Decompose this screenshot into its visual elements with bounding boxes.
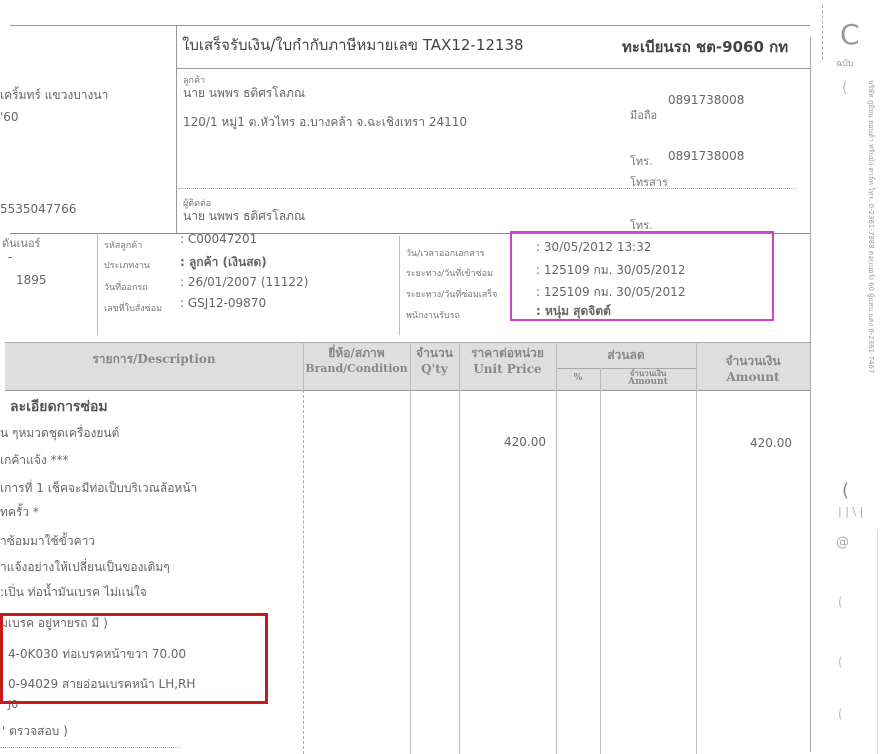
divider-left-block	[176, 25, 177, 233]
top-border	[10, 25, 810, 26]
margin-faint-line	[877, 530, 878, 754]
info-divider-1	[97, 233, 98, 335]
line-3: เการที่ 1 เช็คจะมีท่อเป็บบริเวณล้อหน้า	[0, 479, 197, 498]
info-value-delivery-date: : 26/01/2007 (11122)	[180, 275, 308, 289]
right-border	[810, 37, 811, 752]
col-line-amount	[696, 342, 697, 754]
header-unit-th: ราคาต่อหน่วย	[459, 346, 556, 360]
header-qty-th: จำนวน	[410, 346, 459, 360]
customer-address: 120/1 หมู่1 ต.หัวไทร อ.บางคล้า จ.ฉะเชิงเ…	[183, 113, 467, 132]
info-value-customer-code: : C00047201	[180, 232, 257, 246]
margin-vertical-company-text: บริษัท ภูมิยน ฮอนด้า ทรีนมัง ดาล์ท โทร. …	[866, 80, 877, 500]
document-title: ใบเสร็จรับเงิน/ใบกำกับภาษีหมายเลข TAX12-…	[182, 33, 524, 57]
highlight-box-brake-parts	[0, 613, 268, 704]
col-line-unit	[459, 342, 460, 754]
info-label-mileage-in: ระยะทาง/วันที่เข้าซ่อม	[406, 266, 493, 280]
margin-bracket-c: C	[840, 18, 860, 51]
info-label-mileage-out: ระยะทาง/วันที่ซ่อมเสร็จ	[406, 287, 497, 301]
margin-mark-6: (	[838, 655, 843, 669]
info-label-repair-order: เลขที่ใบสั่งซ่อม	[104, 301, 162, 315]
line-repair-details: ละเอียดการซ่อม	[10, 396, 108, 418]
line-5: าซ้อมมาใช้ขั้วคาว	[0, 532, 95, 551]
col-line-discount	[556, 342, 557, 754]
header-amount-en: Amount	[696, 370, 810, 384]
header-qty-en: Q'ty	[410, 362, 459, 376]
line-2: เกค้าแจ้ง ***	[0, 451, 69, 470]
company-address-line1: เคริ้มทร์ แขวงบางนา	[0, 86, 108, 105]
line-6: าแจ้งอย่างให้เปลี่ยนเป็นของเดิมๆ	[0, 558, 170, 577]
margin-dashes	[822, 5, 823, 60]
info-divider-2	[399, 236, 400, 335]
mobile-number: 0891738008	[668, 93, 744, 107]
contact-divider	[178, 188, 796, 189]
line-1: ื่น ๆหมวดชุดเครื่องยนต์	[0, 424, 119, 443]
company-tax-id: 5535047766	[0, 202, 76, 216]
line-4: ทครั้ว *	[0, 503, 39, 522]
desc-bottom-dots	[0, 747, 180, 748]
header-brand-th: ยี่ห้อ/สภาพ	[303, 346, 410, 360]
table-header-top	[5, 342, 810, 343]
header-unit-en: Unit Price	[459, 362, 556, 376]
info-value-repair-order: : GSJ12-09870	[180, 296, 266, 310]
fax-label: โทรสาร	[630, 173, 668, 191]
header-discount: ส่วนลด	[556, 348, 696, 362]
owner-dash: -	[8, 250, 12, 264]
col-line-desc-dashed	[303, 390, 304, 754]
phone-number: 0891738008	[668, 149, 744, 163]
line-12: ' ตรวจสอบ )	[2, 722, 68, 741]
info-label-customer-code: รหัสลูกค้า	[104, 238, 142, 252]
header-discount-pct: %	[556, 371, 600, 385]
info-label-job-type: ประเภทงาน	[104, 258, 150, 272]
title-bottom-line	[176, 68, 810, 69]
margin-mark-5: (	[838, 595, 843, 609]
table-header-bottom	[5, 390, 810, 391]
margin-mark-3: | | \ |	[838, 505, 863, 518]
info-label-receptionist: พนักงานรับรถ	[406, 308, 460, 322]
customer-name: นาย นพพร ธติศรโลภณ	[183, 84, 305, 103]
info-value-job-type: : ลูกค้า (เงินสด)	[180, 253, 267, 272]
header-brand-en: Brand/Condition	[303, 362, 410, 376]
unit-price-value: 420.00	[504, 435, 546, 449]
vehicle-plate: ทะเบียนรถ ชต-9060 กท	[622, 35, 788, 59]
header-discount-amt-en: Amount	[600, 377, 696, 387]
highlight-box-service-info	[510, 231, 774, 321]
phone-label: โทร.	[630, 152, 653, 170]
amount-value: 420.00	[750, 436, 792, 450]
owner-number: 1895	[16, 273, 47, 287]
header-description: รายการ/Description	[5, 352, 303, 366]
margin-mark-2: (	[842, 480, 849, 501]
company-address-line2: '60	[0, 110, 19, 124]
margin-mark-7: (	[838, 707, 843, 721]
col-line-discount-amt	[600, 368, 601, 754]
col-line-qty	[410, 342, 411, 754]
contact-name: นาย นพพร ธติศรโลภณ	[183, 207, 305, 226]
header-amount-th: จำนวนเงิน	[696, 354, 810, 368]
line-7: :เปิ่น ท่อน้ำมันเบรค ไม่แน่ใจ	[0, 583, 147, 602]
margin-mark-4: @	[836, 535, 849, 550]
info-label-doc-datetime: วัน/เวลาออกเอกสาร	[406, 246, 485, 260]
margin-mark-1: (	[842, 80, 847, 96]
info-label-delivery-date: วันที่ออกรถ	[104, 280, 148, 294]
mobile-label: มือถือ	[630, 106, 657, 124]
margin-copy-mark: ฉบับ	[836, 56, 854, 70]
